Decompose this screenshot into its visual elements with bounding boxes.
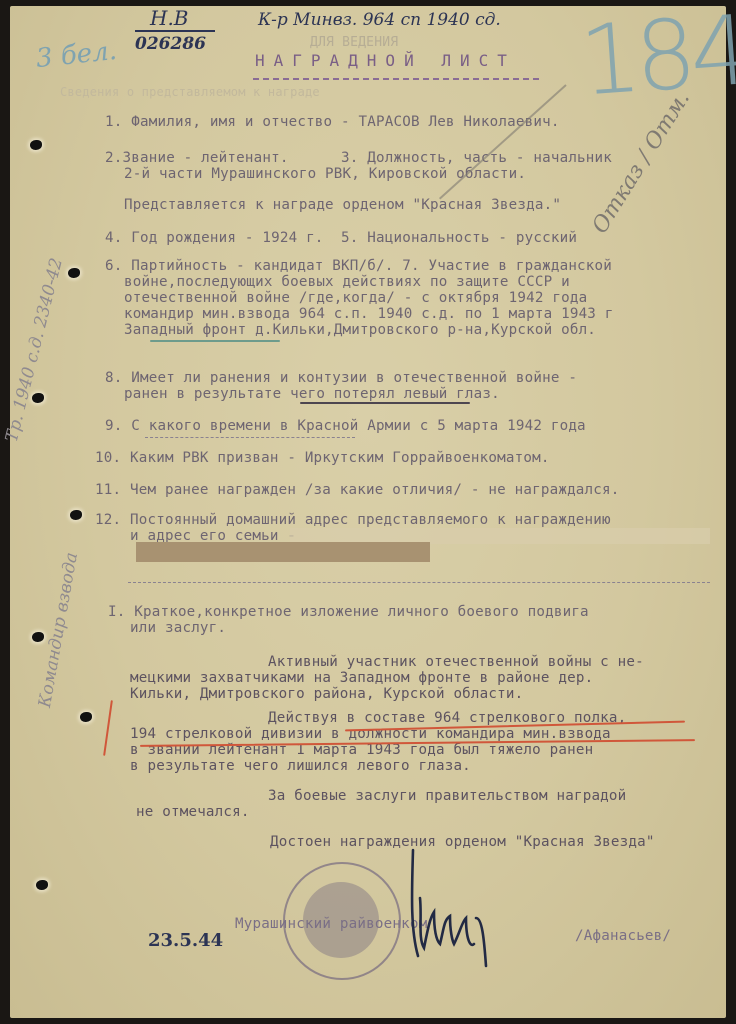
merit-paragraph-line: Кильки, Дмитровского района, Курской обл… — [130, 686, 523, 703]
merit-heading-line: или заслуг. — [130, 620, 226, 637]
field-6-line: отечественной войне /где,когда/ - с октя… — [124, 290, 587, 307]
pencil-underline — [300, 402, 470, 404]
punch-hole — [68, 268, 80, 278]
field-8-wounds: 8. Имеет ли ранения и контузии в отечест… — [105, 370, 577, 387]
field-6-line: Западный фронт д.Кильки,Дмитровского р-н… — [124, 322, 596, 339]
field-1-name: 1. Фамилия, имя и отчество - ТАРАСОВ Лев… — [105, 114, 560, 131]
field-6-line: войне,последующих боевых действиях по за… — [124, 274, 570, 291]
merit-paragraph-line: в результате чего лишился левого глаза. — [130, 758, 471, 775]
punch-hole — [36, 880, 48, 890]
faint-header: ДЛЯ ВЕДЕНИЯ — [310, 34, 398, 51]
punch-hole — [32, 393, 44, 403]
field-10-drafted-by: 10. Каким РВК призван - Иркутским Горрай… — [95, 450, 550, 467]
field-12-address: 12. Постоянный домашний адрес представля… — [95, 512, 611, 529]
field-11-prior-awards: 11. Чем ранее награжден /за какие отличи… — [95, 482, 620, 499]
archive-code-number: 026286 — [135, 34, 206, 54]
section-divider — [128, 582, 710, 583]
merit-paragraph-line: не отмечался. — [136, 804, 250, 821]
field-6-party: 6. Партийность - кандидат ВКП/б/. 7. Уча… — [105, 258, 612, 275]
award-nomination: Представляется к награде орденом "Красна… — [124, 197, 561, 214]
signatory-name: /Афанасьев/ — [575, 928, 671, 945]
merit-paragraph-line: мецкими захватчиками на Западном фронте … — [130, 670, 593, 687]
punch-hole — [80, 712, 92, 722]
field-4-birth-year: 4. Год рождения - 1924 г. 5. Национально… — [105, 230, 577, 247]
big-blue-number: 184 — [576, 0, 736, 118]
field-2-rank: 2.Звание - лейтенант. 3. Должность, част… — [105, 150, 612, 167]
punch-hole — [70, 510, 82, 520]
field-6-line: командир мин.взвода 964 с.п. 1940 с.д. п… — [124, 306, 614, 323]
redaction-block — [136, 542, 430, 562]
green-underline — [150, 340, 280, 342]
title-underline — [253, 78, 539, 80]
signatory-office: Мурашинский райвоенком — [235, 916, 427, 933]
punch-hole — [30, 140, 42, 150]
archive-code-top: Н.В — [150, 6, 189, 30]
merit-heading: I. Краткое,конкретное изложение личного … — [108, 604, 589, 621]
field-8-line: ранен в результате чего потерял левый гл… — [124, 386, 500, 403]
signature-date: 23.5.44 — [148, 930, 223, 951]
merit-paragraph-line: Активный участник отечественной войны с … — [268, 654, 644, 671]
handwritten-unit-note: К-р Минвз. 964 сп 1940 сд. — [258, 10, 501, 30]
faint-subtitle: Сведения о представляемом к награде — [60, 84, 320, 101]
field-9-dashline — [145, 437, 355, 438]
merit-paragraph-line: За боевые заслуги правительством наградо… — [268, 788, 626, 805]
handwritten-signature — [400, 848, 510, 968]
archive-code-divider — [135, 30, 215, 32]
field-9-service-since: 9. С какого времени в Красной Армии с 5 … — [105, 418, 586, 435]
page-title: НАГРАДНОЙ ЛИСТ — [255, 52, 516, 69]
punch-hole — [32, 632, 44, 642]
